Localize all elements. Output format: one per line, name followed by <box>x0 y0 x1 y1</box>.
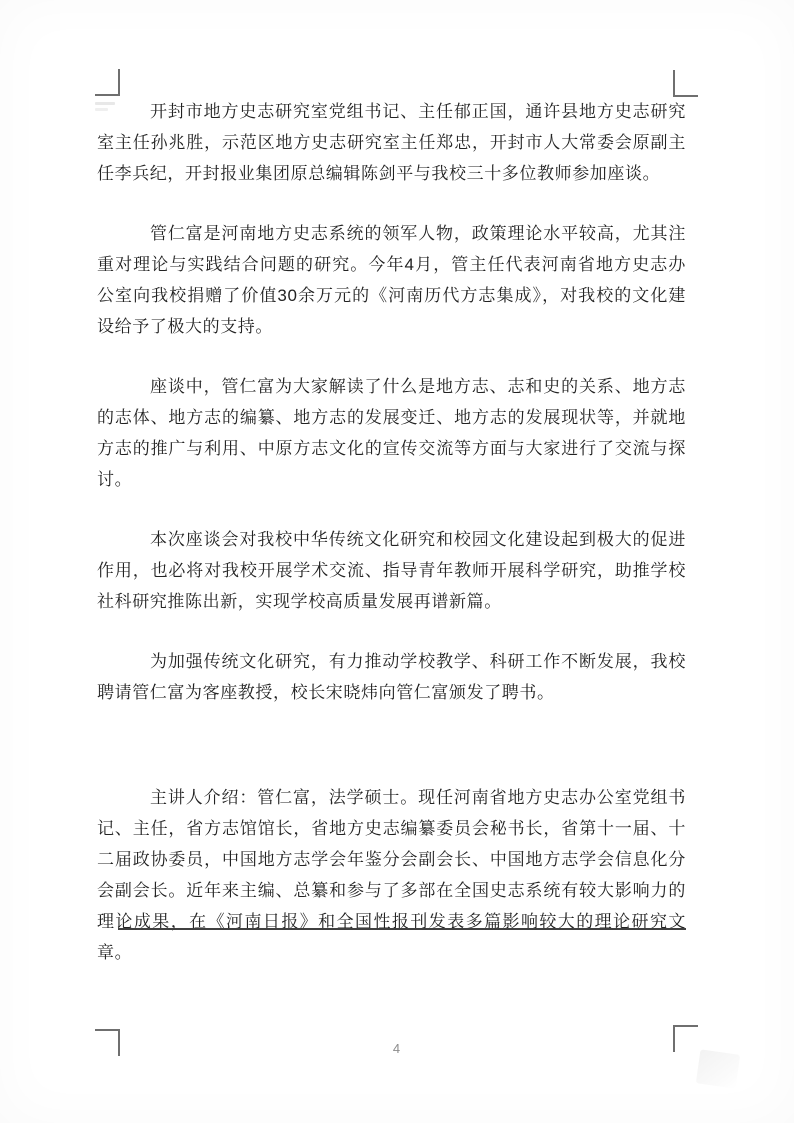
footer-divider-line <box>118 928 686 930</box>
paragraph-guan-profile: 管仁富是河南地方史志系统的领军人物，政策理论水平较高，尤其注重对理论与实践结合问… <box>97 218 686 342</box>
paragraph-impact: 本次座谈会对我校中华传统文化研究和校园文化建设起到极大的促进作用，也必将对我校开… <box>97 524 686 617</box>
crop-mark-top-right <box>673 70 698 97</box>
paragraph-appointment: 为加强传统文化研究，有力推动学校教学、科研工作不断发展，我校聘请管仁富为客座教授… <box>97 646 686 708</box>
paragraph-speaker-intro: 主讲人介绍：管仁富，法学硕士。现任河南省地方史志办公室党组书记、主任，省方志馆馆… <box>97 782 686 968</box>
paragraph-talk-content: 座谈中，管仁富为大家解读了什么是地方志、志和史的关系、地方志的志体、地方志的编纂… <box>97 371 686 495</box>
paragraph-attendees: 开封市地方史志研究室党组书记、主任郁正国，通许县地方史志研究室主任孙兆胜，示范区… <box>97 96 686 189</box>
blank-space <box>97 737 686 782</box>
document-page: 开封市地方史志研究室党组书记、主任郁正国，通许县地方史志研究室主任孙兆胜，示范区… <box>0 0 794 1123</box>
document-body: 开封市地方史志研究室党组书记、主任郁正国，通许县地方史志研究室主任孙兆胜，示范区… <box>97 96 686 997</box>
crop-mark-top-left <box>95 69 120 96</box>
page-number: 4 <box>0 1041 794 1056</box>
